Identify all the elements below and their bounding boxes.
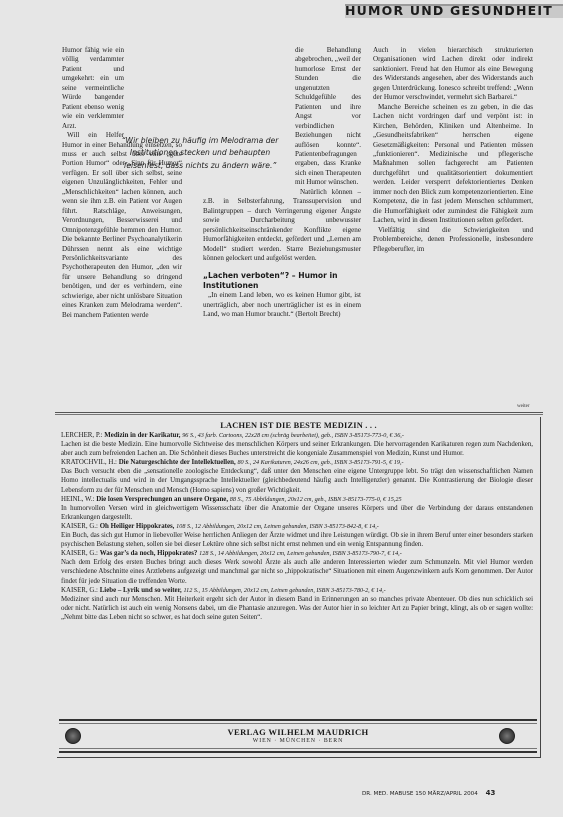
box-title: LACHEN IST DIE BESTE MEDIZIN . . . <box>57 421 540 430</box>
magazine-page: HUMOR UND GESUNDHEIT Humor fähig wie ein… <box>0 0 563 817</box>
page-footer: DR. MED. MABUSE 150 MÄRZ/APRIL 2004 43 <box>362 789 562 797</box>
publisher-cities: WIEN · MÜNCHEN · BERN <box>59 738 537 744</box>
book-meta: 80 S., 24 Karikaturen, 24x26 cm, geb., I… <box>237 459 403 466</box>
book-author: HEINL, W.: <box>61 496 95 503</box>
book-author: KAISER, G.: <box>61 550 98 557</box>
book-entry: KRATOCHVIL, H.: Die Naturgeschichte der … <box>61 458 533 494</box>
paragraph: Manche Bereiche scheinen es zu geben, in… <box>373 103 533 226</box>
divider-rule <box>55 412 543 415</box>
book-author: KRATOCHVIL, H.: <box>61 459 117 466</box>
book-description: Das Buch versucht eben die „sensationell… <box>61 467 533 494</box>
book-title: Liebe – Lyrik und so weiter, <box>100 587 182 594</box>
paragraph: Humor fähig wie ein völlig verdammter Pa… <box>62 46 182 131</box>
book-author: KAISER, G.: <box>61 587 98 594</box>
book-list: LERCHER, P.: Medizin in der Karikatur, 9… <box>61 431 533 717</box>
article-column-1: Humor fähig wie ein völlig verdammter Pa… <box>62 46 182 374</box>
publisher-name: VERLAG WILHELM MAUDRICH <box>59 727 537 737</box>
publisher-logo-icon <box>499 728 515 744</box>
paragraph: Vielfältig sind die Schwierigkeiten und … <box>373 226 533 254</box>
paragraph: „In einem Land leben, wo es keinen Humor… <box>203 291 361 319</box>
book-entry: KAISER, G.: Liebe – Lyrik und so weiter,… <box>61 586 533 622</box>
book-entry: HEINL, W.: Die losen Versprechungen an u… <box>61 495 533 522</box>
book-meta: 108 S., 12 Abbildungen, 20x12 cm, Leinen… <box>176 523 379 530</box>
paragraph: Natürlich können – z.B. in Selbsterfahru… <box>203 188 361 264</box>
book-author: KAISER, G.: <box>61 523 98 530</box>
book-entry: KAISER, G.: Was gar’s da noch, Hippokrat… <box>61 549 533 585</box>
section-subheading: „Lachen verboten“? – Humor in Institutio… <box>203 271 361 291</box>
book-description: Nach dem Erfolg des ersten Buches bringt… <box>61 558 533 585</box>
journal-issue: DR. MED. MABUSE 150 MÄRZ/APRIL 2004 <box>362 791 478 797</box>
book-title: Medizin in der Karikatur, <box>104 432 180 439</box>
article-column-3: Auch in vielen hierarchisch strukturiert… <box>373 46 533 391</box>
book-advertisement-box: LACHEN IST DIE BESTE MEDIZIN . . . LERCH… <box>57 417 541 758</box>
book-entry: KAISER, G.: Oh Heiliger Hippokrates, 108… <box>61 522 533 549</box>
book-description: Lachen ist die beste Medizin. Eine humor… <box>61 440 533 458</box>
book-meta: 128 S., 14 Abbildungen, 20x12 cm, Leinen… <box>199 550 402 557</box>
paragraph: Auch in vielen hierarchisch strukturiert… <box>373 46 533 103</box>
continued-marker: weiter <box>517 404 530 409</box>
book-title: Was gar’s da noch, Hippokrates? <box>100 550 198 557</box>
book-author: LERCHER, P.: <box>61 432 103 439</box>
book-meta: 88 S., 75 Abbildungen, 20x12 cm, geb., I… <box>230 496 402 503</box>
publisher-banner: VERLAG WILHELM MAUDRICH WIEN · MÜNCHEN ·… <box>59 719 537 753</box>
book-description: Mediziner sind auch nur Menschen. Mit He… <box>61 595 533 622</box>
book-title: Die losen Versprechungen an unsere Organ… <box>96 496 228 503</box>
book-title: Oh Heiliger Hippokrates, <box>100 523 175 530</box>
paragraph: die Behandlung abgebrochen, „weil der hu… <box>203 46 361 188</box>
article-column-2: die Behandlung abgebrochen, „weil der hu… <box>203 46 361 371</box>
page-number: 43 <box>486 789 496 797</box>
book-title: Die Naturgeschichte der Intellektuellen, <box>119 459 236 466</box>
book-description: In humorvollen Versen wird in gleichwert… <box>61 504 533 522</box>
section-title: HUMOR UND GESUNDHEIT <box>345 3 563 18</box>
book-description: Ein Buch, das sich gut Humor in liebevol… <box>61 531 533 549</box>
book-meta: 96 S., 43 farb. Cartoons, 22x28 cm (schr… <box>182 432 404 439</box>
book-entry: LERCHER, P.: Medizin in der Karikatur, 9… <box>61 431 533 458</box>
book-meta: 112 S., 15 Abbildungen, 20x12 cm, Leinen… <box>183 587 385 594</box>
